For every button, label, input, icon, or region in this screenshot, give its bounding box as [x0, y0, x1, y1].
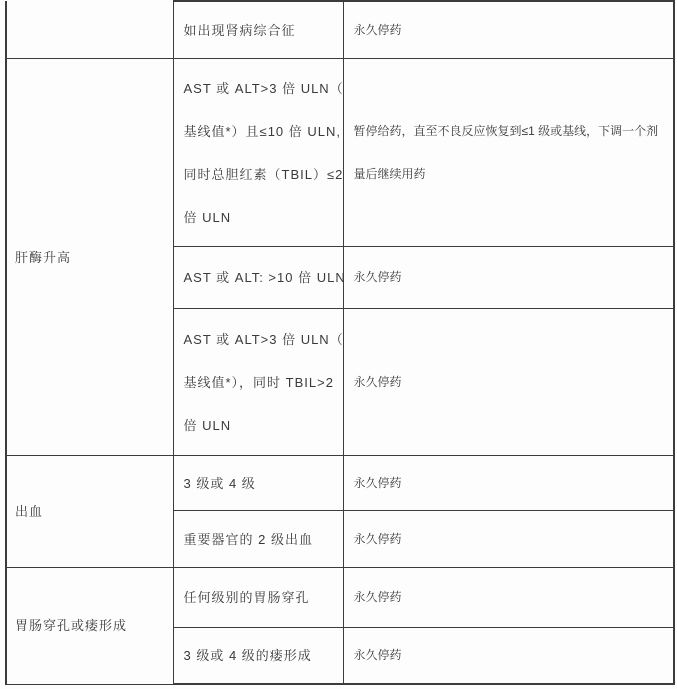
category-cell-hemorrhage: 出血 [6, 456, 173, 568]
text-line: 永久停药 [354, 634, 674, 677]
text-line: 永久停药 [354, 256, 674, 299]
action-cell: 永久停药 [343, 568, 674, 628]
text-line: 3 级或 4 级的瘘形成 [184, 634, 343, 677]
text-line: AST 或 ALT>3 倍 ULN（或 [184, 67, 343, 110]
document-page: 如出现肾病综合征 永久停药 肝酶升高 AST 或 ALT>3 倍 ULN（或 基… [0, 0, 677, 689]
condition-cell: AST 或 ALT>3 倍 ULN（或 基线值*），同时 TBIL>2 倍 UL… [173, 309, 343, 456]
condition-cell: AST 或 ALT: >10 倍 ULN [173, 247, 343, 309]
category-cell-gi-perforation: 胃肠穿孔或瘘形成 [6, 568, 173, 685]
action-cell: 永久停药 [343, 511, 674, 568]
condition-cell: 如出现肾病综合征 [173, 1, 343, 59]
action-cell: 永久停药 [343, 1, 674, 59]
condition-cell: 3 级或 4 级 [173, 456, 343, 511]
text-line: 永久停药 [354, 462, 674, 505]
text-line: 永久停药 [354, 576, 674, 619]
text-line: 永久停药 [354, 518, 674, 561]
text-line: 永久停药 [354, 9, 674, 52]
text-line: 量后继续用药 [354, 153, 674, 196]
table-row: 肝酶升高 AST 或 ALT>3 倍 ULN（或 基线值*）且≤10 倍 ULN… [6, 59, 674, 247]
text-line: AST 或 ALT: >10 倍 ULN [184, 256, 343, 299]
text-line: 重要器官的 2 级出血 [184, 518, 343, 561]
category-cell-continued [6, 1, 173, 59]
table-row: 胃肠穿孔或瘘形成 任何级别的胃肠穿孔 永久停药 [6, 568, 674, 628]
text-line: 任何级别的胃肠穿孔 [184, 576, 343, 619]
text-line: 同时总胆红素（TBIL）≤2 [184, 153, 343, 196]
category-cell-liver-enzyme: 肝酶升高 [6, 59, 173, 456]
text-line: 倍 ULN [184, 196, 343, 239]
condition-cell: 任何级别的胃肠穿孔 [173, 568, 343, 628]
text-line: 基线值*）且≤10 倍 ULN, [184, 110, 343, 153]
text-line: 3 级或 4 级 [184, 462, 343, 505]
action-cell: 永久停药 [343, 309, 674, 456]
condition-cell: AST 或 ALT>3 倍 ULN（或 基线值*）且≤10 倍 ULN, 同时总… [173, 59, 343, 247]
table-row: 如出现肾病综合征 永久停药 [6, 1, 674, 59]
condition-cell: 重要器官的 2 级出血 [173, 511, 343, 568]
condition-cell: 3 级或 4 级的瘘形成 [173, 628, 343, 685]
action-cell: 永久停药 [343, 456, 674, 511]
adverse-reaction-dose-table: 如出现肾病综合征 永久停药 肝酶升高 AST 或 ALT>3 倍 ULN（或 基… [5, 0, 675, 685]
text-line: 如出现肾病综合征 [184, 9, 343, 52]
action-cell: 暂停给药，直至不良反应恢复到≤1 级或基线，下调一个剂 量后继续用药 [343, 59, 674, 247]
text-line: 肝酶升高 [15, 236, 173, 279]
text-line: 暂停给药，直至不良反应恢复到≤1 级或基线，下调一个剂 [354, 110, 674, 153]
text-line: 倍 ULN [184, 404, 343, 447]
text-line: 基线值*），同时 TBIL>2 [184, 361, 343, 404]
action-cell: 永久停药 [343, 628, 674, 685]
table-row: 出血 3 级或 4 级 永久停药 [6, 456, 674, 511]
text-line: 胃肠穿孔或瘘形成 [15, 604, 173, 647]
text-line: 永久停药 [354, 361, 674, 404]
text-line: 出血 [15, 490, 173, 533]
action-cell: 永久停药 [343, 247, 674, 309]
text-line: AST 或 ALT>3 倍 ULN（或 [184, 318, 343, 361]
